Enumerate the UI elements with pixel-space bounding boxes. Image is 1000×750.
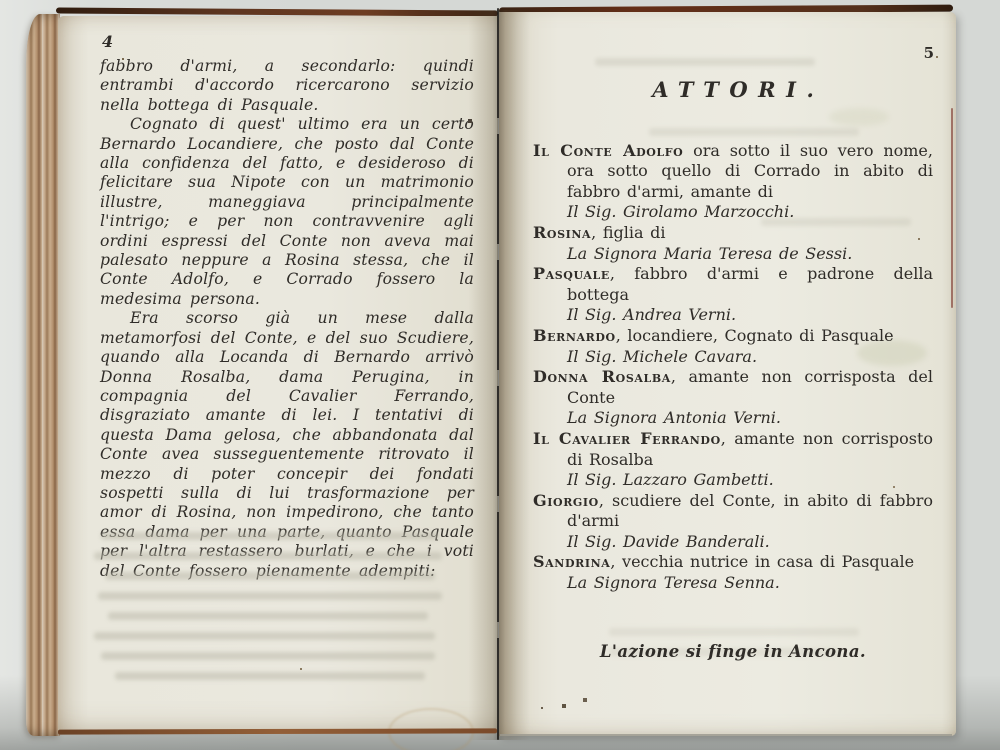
body-paragraph: Cognato di quest' ultimo era un certo Be…: [100, 115, 474, 309]
cast-list: Il Conte Adolfo ora sotto il suo vero no…: [533, 141, 933, 594]
bleed-through-text: [595, 58, 815, 78]
cast-description: , figlia di: [591, 223, 665, 242]
cast-entry: Pasquale, fabbro d'armi e padrone della …: [533, 264, 933, 326]
cast-description: , fabbro d'armi e padrone della bottega: [567, 264, 933, 304]
page-title: ATTORI.: [533, 80, 933, 101]
page-fore-edges: [26, 14, 60, 736]
cast-role: Il Cavalier Ferrando: [533, 429, 721, 448]
cast-role: Sandrina: [533, 552, 610, 571]
cast-actor: Il Sig. Davide Banderali.: [567, 532, 933, 553]
cast-role: Rosina: [533, 223, 591, 242]
setting-note: L'azione si finge in Ancona.: [533, 642, 933, 663]
book-bottom-edge-right: [500, 734, 952, 736]
body-paragraph: fabbro d'armi, a secondarlo: quindi entr…: [100, 57, 474, 115]
cast-list-section: ATTORI. Il Conte Adolfo ora sotto il suo…: [533, 80, 933, 662]
left-page-body: fabbro d'armi, a secondarlo: quindi entr…: [100, 57, 474, 581]
cast-actor: La Signora Antonia Verni.: [567, 408, 933, 429]
cast-actor: Il Sig. Girolamo Marzocchi.: [567, 202, 933, 223]
cast-actor: Il Sig. Andrea Verni.: [567, 305, 933, 326]
cast-entry: Rosina, figlia diLa Signora Maria Teresa…: [533, 223, 933, 264]
cast-entry: Bernardo, locandiere, Cognato di Pasqual…: [533, 326, 933, 367]
cast-role: Giorgio: [533, 491, 599, 510]
page-left: 4 fabbro d'armi, a secondarlo: quindi en…: [58, 16, 498, 732]
cast-role: Donna Rosalba: [533, 367, 671, 386]
cast-entry: Il Cavalier Ferrando, amante non corrisp…: [533, 429, 933, 491]
cast-entry: Il Conte Adolfo ora sotto il suo vero no…: [533, 141, 933, 223]
cast-entry: Sandrina, vecchia nutrice in casa di Pas…: [533, 552, 933, 593]
cast-entry: Donna Rosalba, amante non corrisposta de…: [533, 367, 933, 429]
scanned-book-photo: 4 fabbro d'armi, a secondarlo: quindi en…: [0, 0, 1000, 750]
cast-actor: La Signora Maria Teresa de Sessi.: [567, 244, 933, 265]
cast-actor: Il Sig. Lazzaro Gambetti.: [567, 470, 933, 491]
gutter-crease: [497, 8, 499, 740]
cover-edge-sliver: [951, 108, 953, 308]
cast-role: Il Conte Adolfo: [533, 141, 683, 160]
cast-role: Pasquale: [533, 264, 610, 283]
cast-role: Bernardo: [533, 326, 616, 345]
cast-description: , vecchia nutrice in casa di Pasquale: [610, 552, 914, 571]
page-number-left: 4: [102, 32, 113, 51]
cast-entry: Giorgio, scudiere del Conte, in abito di…: [533, 491, 933, 553]
body-paragraph: Era scorso già un mese dalla metamorfosi…: [100, 309, 474, 581]
cast-actor: La Signora Teresa Senna.: [567, 573, 933, 594]
cast-description: , scudiere del Conte, in abito di fabbro…: [567, 491, 933, 531]
page-right: 5 ATTORI. Il Conte Adolfo ora sotto il s…: [499, 12, 956, 736]
cast-actor: Il Sig. Michele Cavara.: [567, 347, 933, 368]
paper-specks: [0, 0, 2, 2]
open-book: 4 fabbro d'armi, a secondarlo: quindi en…: [0, 0, 1000, 750]
cast-description: , locandiere, Cognato di Pasquale: [616, 326, 894, 345]
page-number-right: 5: [924, 44, 934, 62]
